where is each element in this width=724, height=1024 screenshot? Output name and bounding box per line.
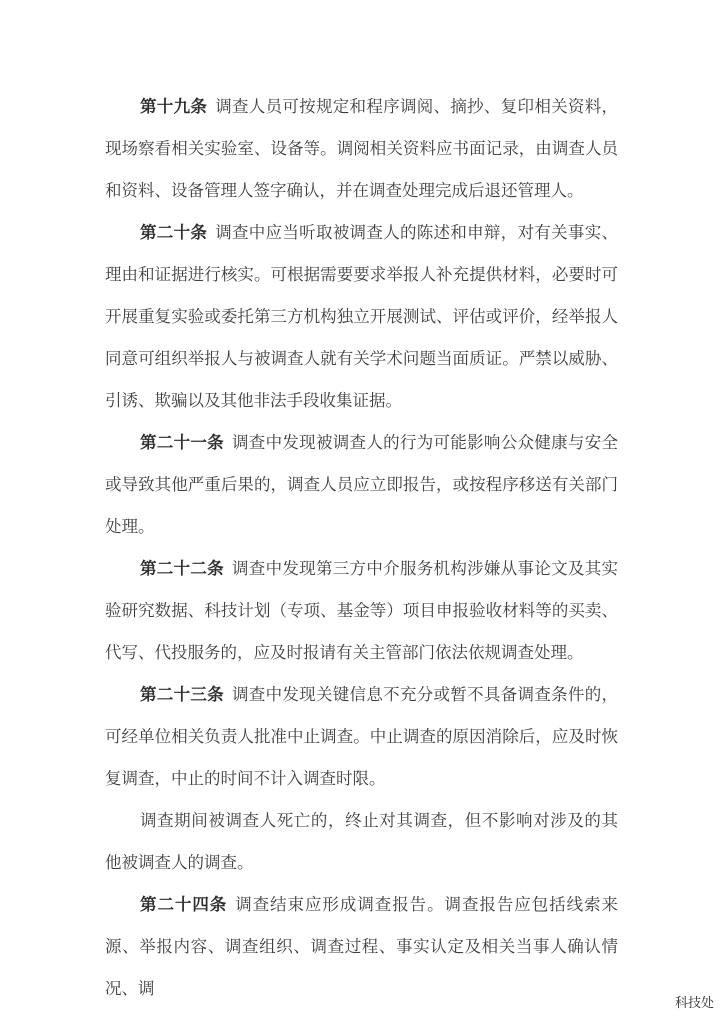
article-paragraph: 第二十三条调查中发现关键信息不充分或暂不具备调查条件的，可经单位相关负责人批准中… — [105, 674, 618, 800]
paragraph-text: 调查期间被调查人死亡的，终止对其调查，但不影响对涉及的其他被调查人的调查。 — [105, 812, 618, 872]
article-paragraph: 第十九条调查人员可按规定和程序调阅、摘抄、复印相关资料，现场察看相关实验室、设备… — [105, 86, 618, 212]
article-paragraph: 第二十条调查中应当听取被调查人的陈述和申辩，对有关事实、理由和证据进行核实。可根… — [105, 212, 618, 422]
article-paragraph: 第二十四条调查结束应形成调查报告。调查报告应包括线索来源、举报内容、调查组织、调… — [105, 884, 618, 1010]
article-paragraph: 第二十一条调查中发现被调查人的行为可能影响公众健康与安全或导致其他严重后果的，调… — [105, 422, 618, 548]
article-number-label: 第二十一条 — [140, 434, 224, 452]
article-number-label: 第二十三条 — [140, 686, 224, 704]
document-body: 第十九条调查人员可按规定和程序调阅、摘抄、复印相关资料，现场察看相关实验室、设备… — [105, 86, 618, 1010]
footer-department-label: 科技处 — [675, 992, 714, 1011]
article-number-label: 第二十四条 — [140, 896, 227, 914]
article-paragraph: 第二十二条调查中发现第三方中介服务机构涉嫌从事论文及其实验研究数据、科技计划（专… — [105, 548, 618, 674]
article-number-label: 第二十二条 — [140, 560, 224, 578]
paragraph-text: 调查中应当听取被调查人的陈述和申辩，对有关事实、理由和证据进行核实。可根据需要要… — [105, 224, 618, 410]
article-number-label: 第二十条 — [140, 224, 207, 242]
document-page: 第十九条调查人员可按规定和程序调阅、摘抄、复印相关资料，现场察看相关实验室、设备… — [0, 0, 724, 1024]
article-paragraph: 调查期间被调查人死亡的，终止对其调查，但不影响对涉及的其他被调查人的调查。 — [105, 800, 618, 884]
article-number-label: 第十九条 — [140, 98, 207, 116]
